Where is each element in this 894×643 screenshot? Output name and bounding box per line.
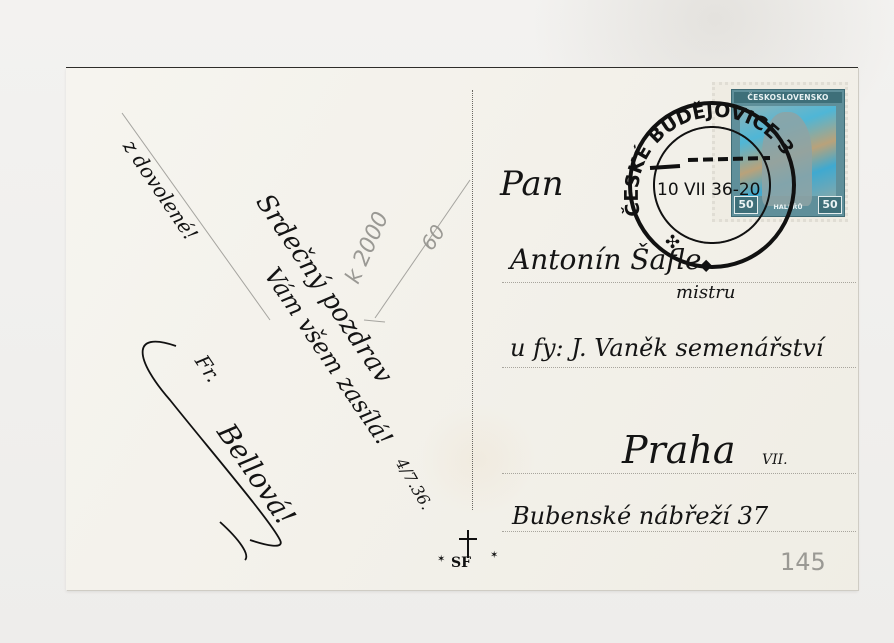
address-district: VII.: [762, 452, 788, 468]
stamp-value-left: 50: [734, 196, 758, 214]
center-divider: [472, 90, 473, 510]
address-title: mistru: [676, 282, 736, 303]
stamp-value-right: 50: [818, 196, 842, 214]
stamp-currency: HALÉŘŮ: [760, 202, 816, 212]
address-line-2: [502, 367, 856, 368]
address-salutation: Pan: [500, 164, 564, 204]
stamp-country: ČESKOSLOVENSKO: [734, 92, 842, 103]
pencil-catalog-number: 145: [780, 548, 826, 576]
address-line-3: [502, 473, 856, 474]
address-street: Bubenské nábřeží 37: [512, 502, 768, 530]
address-city: Praha: [622, 428, 736, 472]
address-line-4: [502, 531, 856, 532]
stamp-portrait: [740, 106, 836, 196]
address-firm: u fy: J. Vaněk semenářství: [510, 334, 823, 362]
stamp-figure-icon: [762, 112, 812, 206]
address-name: Antonín Šafle: [510, 243, 701, 276]
postage-stamp: ČESKOSLOVENSKO 50 HALÉŘŮ 50: [712, 82, 848, 222]
